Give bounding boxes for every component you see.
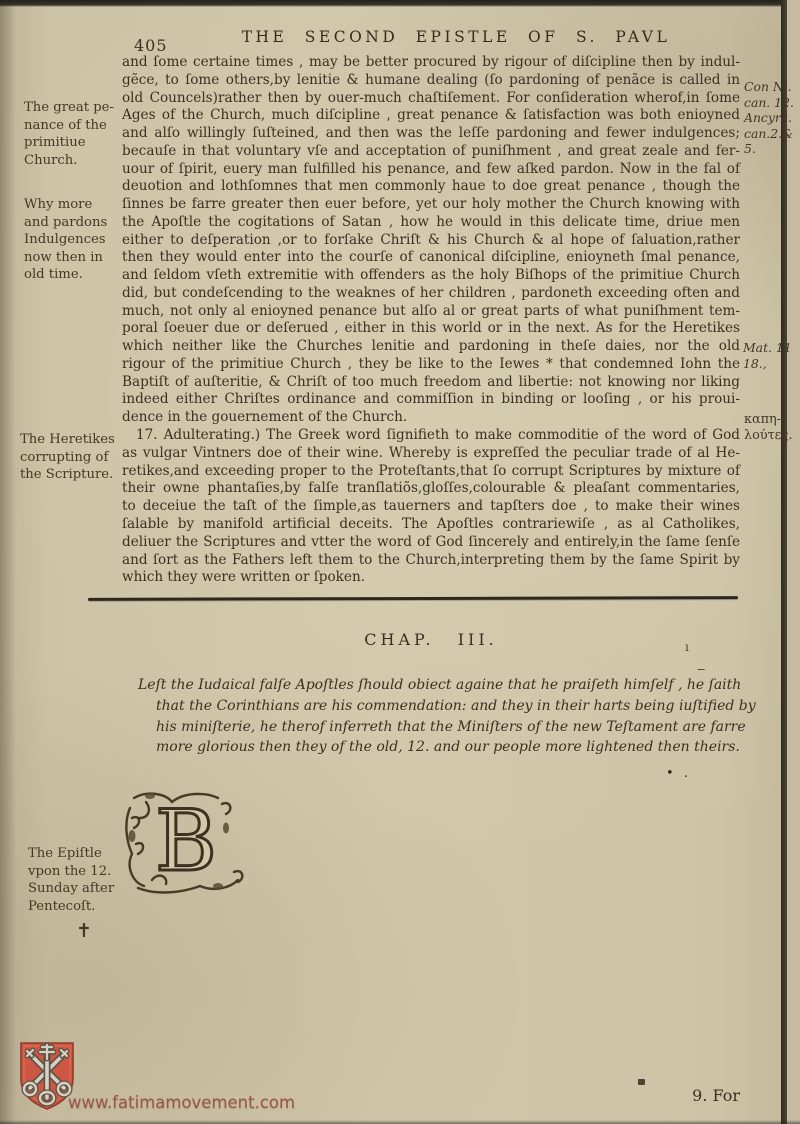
adjacent-page-sliver <box>787 0 800 1124</box>
text-line: Mat. 11 <box>743 340 798 356</box>
text-line: much, not only al enioyned penance but a… <box>122 303 740 321</box>
text-line: 18., <box>743 356 798 372</box>
initial-letter: B <box>155 792 217 890</box>
text-line: and alſo willingly ſuſteined, and then w… <box>122 125 740 143</box>
margin-note-epistle-pentecost: The Epiſtlevpon the 12.Sunday afterPente… <box>28 845 132 915</box>
text-line: indeed either Chriſtes ordinance and com… <box>122 391 740 409</box>
text-line: Indulgences <box>24 231 128 249</box>
commentary-paragraph-2: 17. Adulterating.) The Greek word ſignif… <box>122 427 740 587</box>
text-line: and ſort as the Fathers left them to the… <box>122 552 740 570</box>
woodcut-initial-B: B <box>122 788 264 894</box>
text-line: rigour of the primitiue Church , they be… <box>122 356 740 374</box>
text-line: either to deſperation ,or to forſake Chr… <box>122 232 740 250</box>
text-line: then they would enter into the courſe of… <box>122 249 740 267</box>
text-line: dence in the gouernement of the Church. <box>122 409 740 427</box>
text-line: poral ſoeuer due or deſerued , either in… <box>122 320 740 338</box>
text-line: The Epiſtle <box>28 845 132 863</box>
margin-greek-word: καπη-λούτες. <box>744 412 799 443</box>
text-line: retikes,and exceeding proper to the Prot… <box>122 463 740 481</box>
text-line: Ancyra. <box>744 110 799 126</box>
text-line: deliuer the Scriptures and vtter the wor… <box>122 534 740 552</box>
text-line: to deceiue the taſt of the ſimple,as tau… <box>122 498 740 516</box>
text-line: as vulgar Vintners doe of their wine. Wh… <box>122 445 740 463</box>
text-line: his miniſterie, he therof inferreth that… <box>138 717 724 738</box>
text-line: vpon the 12. <box>28 863 132 881</box>
ink-dots: • . <box>666 766 691 781</box>
text-line: and ſeldom vſeth extremitie with offende… <box>122 267 740 285</box>
text-line: Church. <box>24 152 128 170</box>
text-line: corrupting of <box>20 449 128 467</box>
text-line: deuotion and lothſomnes that men commonl… <box>122 178 740 196</box>
print-speck <box>638 1079 645 1085</box>
photo-left-shade <box>0 0 16 1124</box>
text-line: becauſe in that voluntary vſe and accept… <box>122 143 740 161</box>
text-line: Ages of the Church, much diſcipline , gr… <box>122 107 740 125</box>
text-line: Sunday after <box>28 880 132 898</box>
text-line: The great pe- <box>24 99 128 117</box>
text-line: 17. Adulterating.) The Greek word ſignif… <box>122 427 740 445</box>
margin-note-heretikes: The Heretikescorrupting ofthe Scripture. <box>20 431 128 484</box>
photo-top-edge <box>0 0 800 7</box>
margin-note-pardons-indulgences: Why moreand pardonsIndulgencesnow then i… <box>24 196 128 284</box>
text-line: more glorious then they of the old, 12. … <box>138 737 724 758</box>
text-line: Con Ni. <box>744 79 799 95</box>
text-line: ſinnes be farre greater then euer before… <box>122 196 740 214</box>
text-line: the Scripture. <box>20 466 128 484</box>
text-line: the Apoſtle the cogitations of Satan , h… <box>122 214 740 232</box>
text-line: that the Corinthians are his commendatio… <box>138 696 724 717</box>
text-line: nance of the <box>24 117 128 135</box>
text-line: can. 12. <box>744 95 799 111</box>
text-line: can.2.& <box>744 126 799 142</box>
chapter-heading: CHAP. III. <box>122 630 740 649</box>
chapter-body: B <box>122 786 740 894</box>
text-line: which they were written or ſpoken. <box>122 569 740 587</box>
text-line: The Heretikes <box>20 431 128 449</box>
margin-citation-councils: Con Ni.can. 12.Ancyra.can.2.&5. <box>744 79 799 157</box>
text-line: λούτες. <box>744 428 799 444</box>
text-line: Leſt the Iudaical falſe Apoſtles ſhould … <box>138 675 724 696</box>
section-rule <box>88 596 738 601</box>
margin-note-great-penance: The great pe-nance of theprimitiueChurch… <box>24 99 128 169</box>
text-line: and ſome certaine times , may be better … <box>122 54 740 72</box>
text-line: did, but condeſcending to the weaknes of… <box>122 285 740 303</box>
text-line: Baptiſt of auſteritie, & Chriſt of too m… <box>122 374 740 392</box>
commentary-paragraph-1: and ſome certaine times , may be better … <box>122 54 740 427</box>
print-speck: ı <box>685 640 689 654</box>
running-title: THE SECOND EPISTLE OF S. PAVL <box>186 28 726 46</box>
text-line: gẽce, to ſome others,by lenitie & humane… <box>122 72 740 90</box>
scanned-book-page: 405 THE SECOND EPISTLE OF S. PAVL and ſo… <box>0 0 800 1124</box>
text-line: which neither like the Churches lenitie … <box>122 338 740 356</box>
chapter-argument: Leſt the Iudaical falſe Apoſtles ſhould … <box>138 675 724 758</box>
text-line: now then in <box>24 249 128 267</box>
text-line: 5. <box>744 141 799 157</box>
text-line: old Councels)rather then by ouer-much ch… <box>122 90 740 108</box>
text-line: ſalable by manifold artificial deceits. … <box>122 516 740 534</box>
watermark-url: www.fatimamovement.com <box>68 1093 295 1112</box>
cross-mark: ✝ <box>76 920 92 942</box>
page-number: 405 <box>134 36 168 55</box>
text-line: καπη- <box>744 412 799 428</box>
text-line: and pardons <box>24 214 128 232</box>
photo-bottom-edge <box>0 1120 800 1124</box>
text-line: old time. <box>24 266 128 284</box>
text-line: primitiue <box>24 134 128 152</box>
text-line: Pentecoſt. <box>28 898 132 916</box>
text-line: uour of ſpirit, euery man fulfilled his … <box>122 161 740 179</box>
text-line: their owne phantaſies,by falſe tranſlati… <box>122 480 740 498</box>
text-line: Why more <box>24 196 128 214</box>
margin-citation-matthew: Mat. 1118., <box>743 340 798 371</box>
